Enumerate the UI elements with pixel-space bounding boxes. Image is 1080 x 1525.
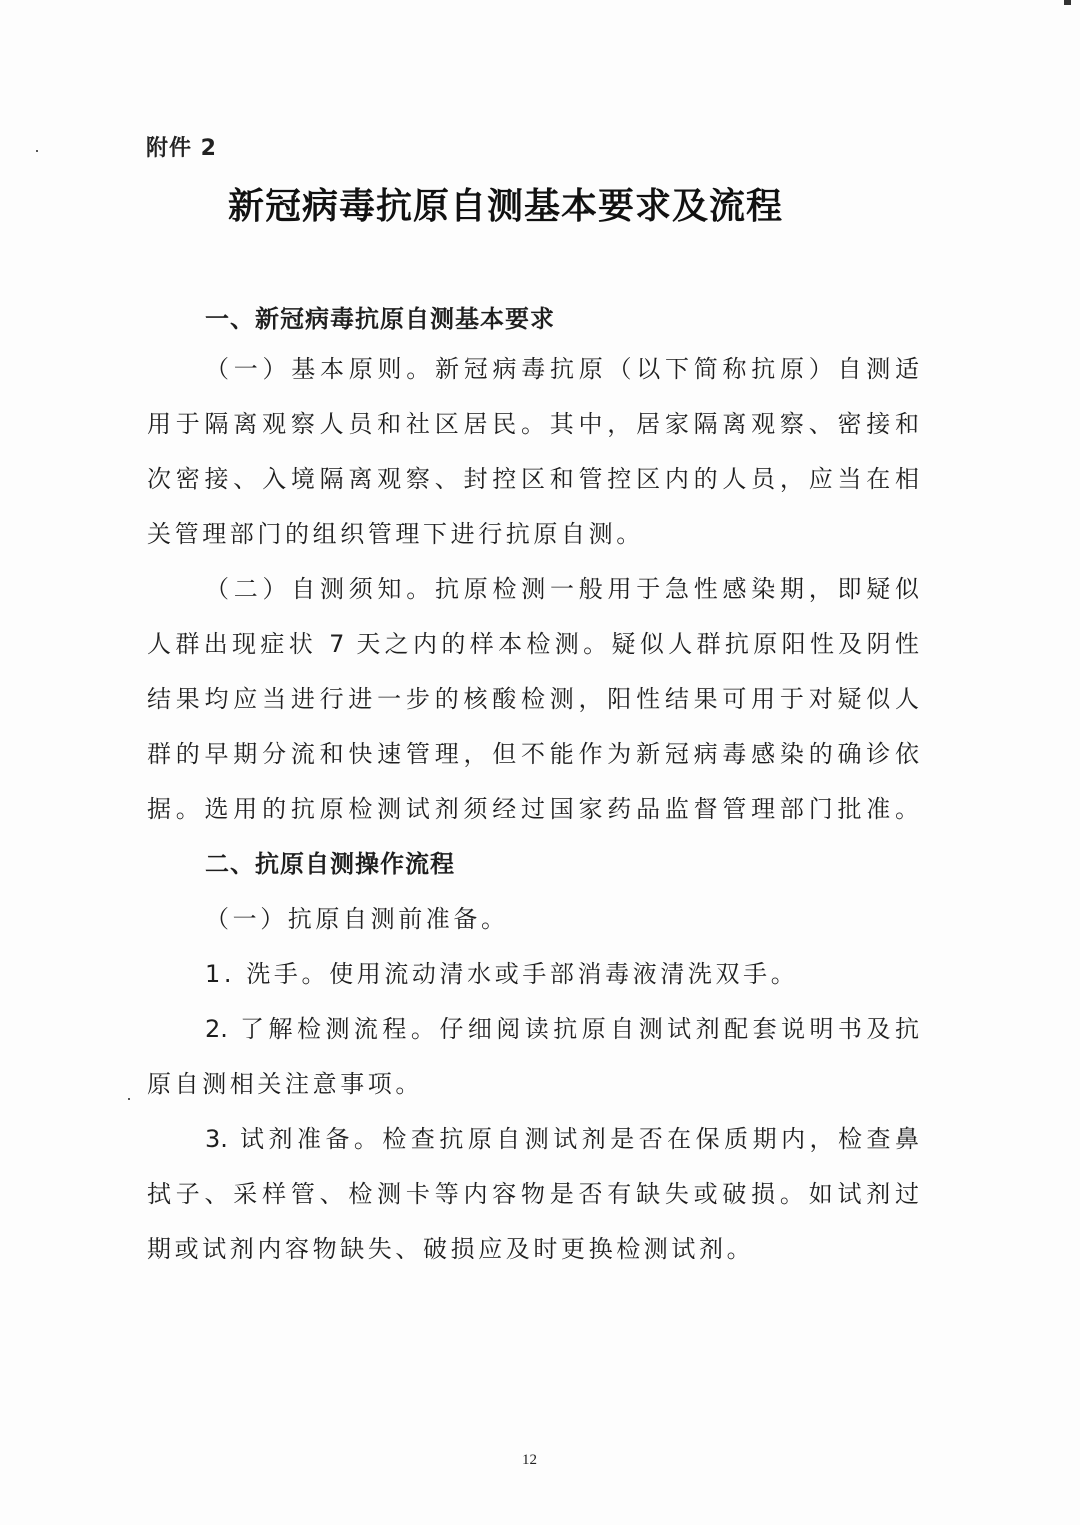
paragraph-line: 人群出现症状 7 天之内的样本检测。疑似人群抗原阳性及阴性 xyxy=(147,627,919,661)
step-item-3: 3. 试剂准备。检查抗原自测试剂是否在保质期内，检查鼻 xyxy=(205,1122,919,1156)
paragraph-line: 次密接、入境隔离观察、封控区和管控区内的人员，应当在相 xyxy=(147,462,919,496)
paragraph-line: 期或试剂内容物缺失、破损应及时更换检测试剂。 xyxy=(147,1232,919,1266)
attachment-label: 附件 2 xyxy=(146,131,217,162)
document-title: 新冠病毒抗原自测基本要求及流程 xyxy=(228,178,783,229)
subsection-heading: （一）抗原自测前准备。 xyxy=(205,902,919,936)
paragraph-line: 关管理部门的组织管理下进行抗原自测。 xyxy=(147,517,919,551)
paragraph-line: （二）自测须知。抗原检测一般用于急性感染期，即疑似 xyxy=(205,572,919,606)
paragraph-line: 用于隔离观察人员和社区居民。其中，居家隔离观察、密接和 xyxy=(147,407,919,441)
scan-speck xyxy=(128,1098,130,1100)
step-item-2: 2. 了解检测流程。仔细阅读抗原自测试剂配套说明书及抗 xyxy=(205,1012,919,1046)
section-heading-2: 二、抗原自测操作流程 xyxy=(205,847,455,881)
paragraph-line: 原自测相关注意事项。 xyxy=(147,1067,919,1101)
scan-corner-mark xyxy=(1064,0,1071,5)
step-item-1: 1. 洗手。使用流动清水或手部消毒液清洗双手。 xyxy=(205,957,919,991)
paragraph-line: 群的早期分流和快速管理，但不能作为新冠病毒感染的确诊依 xyxy=(147,737,919,771)
scan-speck xyxy=(36,150,38,152)
section-heading-1: 一、新冠病毒抗原自测基本要求 xyxy=(205,302,555,336)
paragraph-line: 拭子、采样管、检测卡等内容物是否有缺失或破损。如试剂过 xyxy=(147,1177,919,1211)
paragraph-line: 结果均应当进行进一步的核酸检测，阳性结果可用于对疑似人 xyxy=(147,682,919,716)
paragraph-line: 据。选用的抗原检测试剂须经过国家药品监督管理部门批准。 xyxy=(147,792,919,826)
paragraph-line: （一）基本原则。新冠病毒抗原（以下简称抗原）自测适 xyxy=(205,352,919,386)
page-number: 12 xyxy=(522,1452,537,1469)
